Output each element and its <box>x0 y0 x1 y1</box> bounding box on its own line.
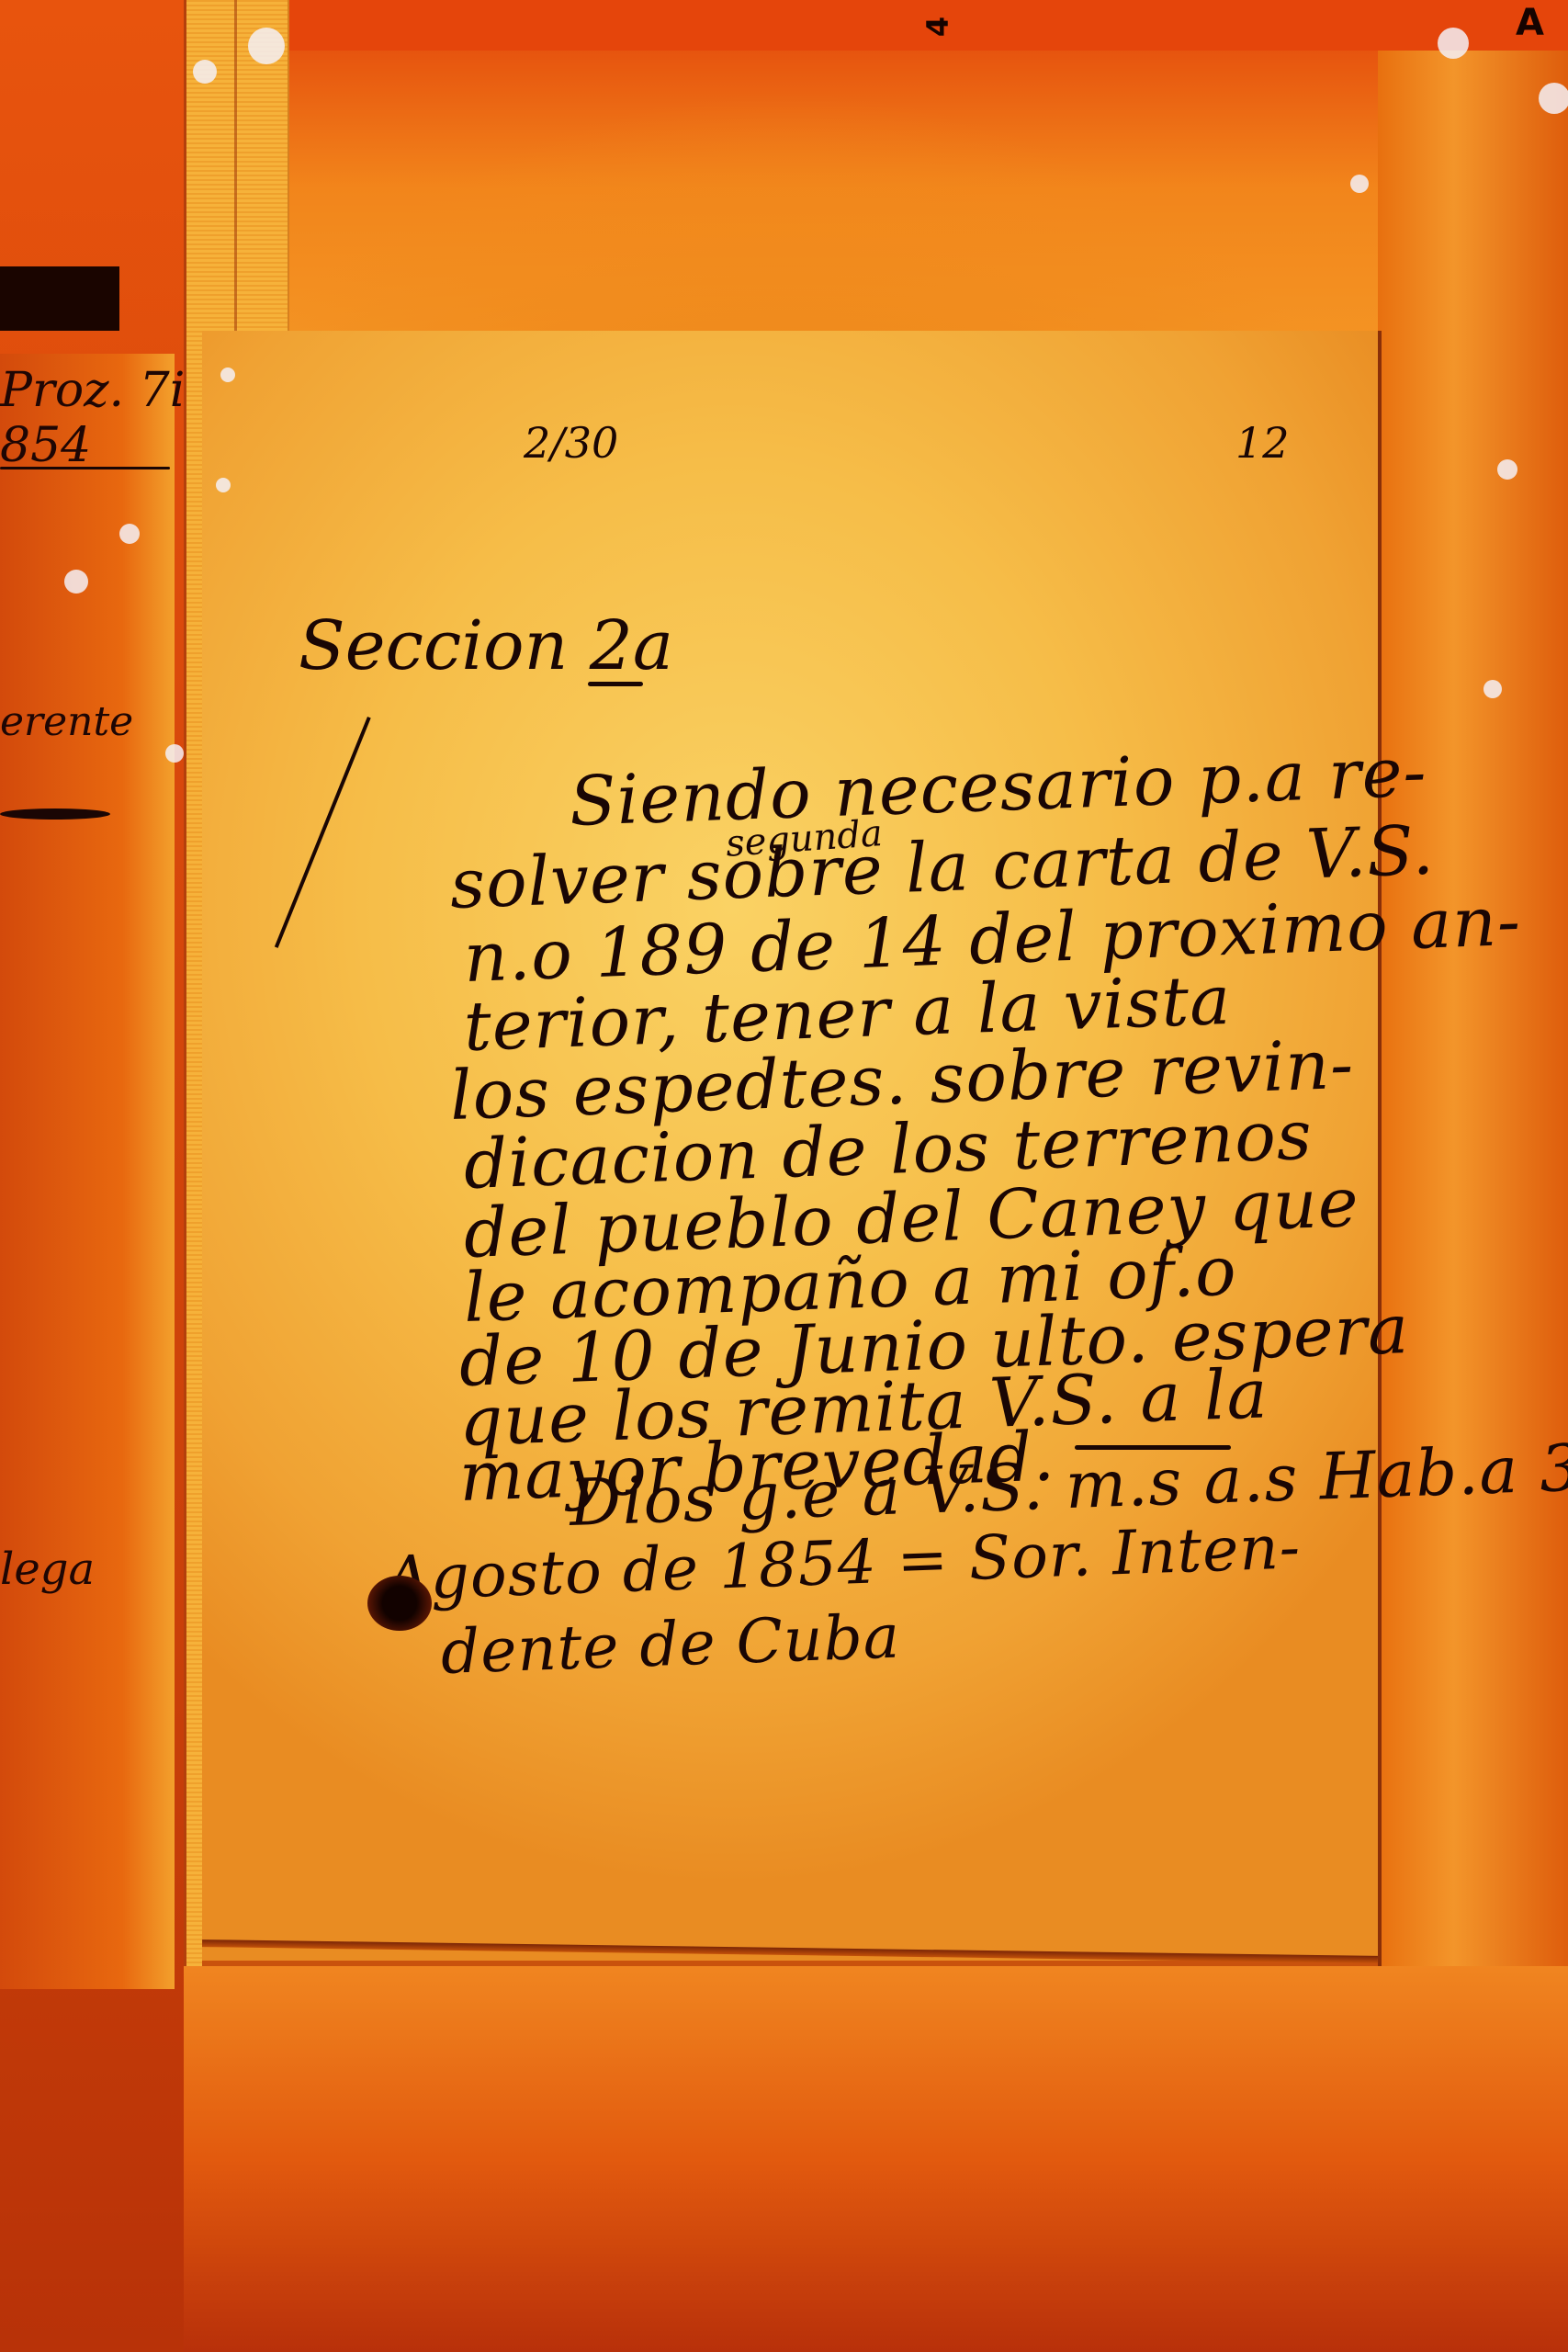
light-reflection <box>119 524 140 544</box>
folio-number: 12 <box>1235 418 1290 468</box>
ink-blot <box>367 1576 432 1631</box>
light-reflection <box>64 570 88 594</box>
heading-underline <box>588 682 643 686</box>
corner-mark-a: A <box>1516 2 1544 44</box>
left-flourish <box>0 808 110 820</box>
light-reflection <box>1350 175 1369 193</box>
left-note-3: erente <box>0 698 133 745</box>
light-reflection <box>1483 680 1502 698</box>
light-reflection <box>165 744 184 763</box>
light-reflection <box>193 60 217 84</box>
folder-lower-area <box>184 1966 1568 2352</box>
light-reflection <box>248 28 285 64</box>
redaction-bar <box>0 266 119 331</box>
light-reflection <box>1539 83 1568 114</box>
light-reflection <box>1497 459 1517 480</box>
left-note-1: Proz. 7il <box>0 363 200 418</box>
left-note-underline <box>0 467 170 469</box>
section-heading: Seccion 2a <box>299 606 673 685</box>
left-note-2: 854 <box>0 418 91 473</box>
light-reflection <box>1438 28 1469 59</box>
light-reflection <box>220 367 235 382</box>
light-reflection <box>216 478 231 492</box>
corner-mark-number: 4 <box>920 17 955 37</box>
left-page-paper <box>0 354 175 1989</box>
left-note-4: lega <box>0 1543 95 1595</box>
folio-fraction: 2/30 <box>524 418 618 468</box>
